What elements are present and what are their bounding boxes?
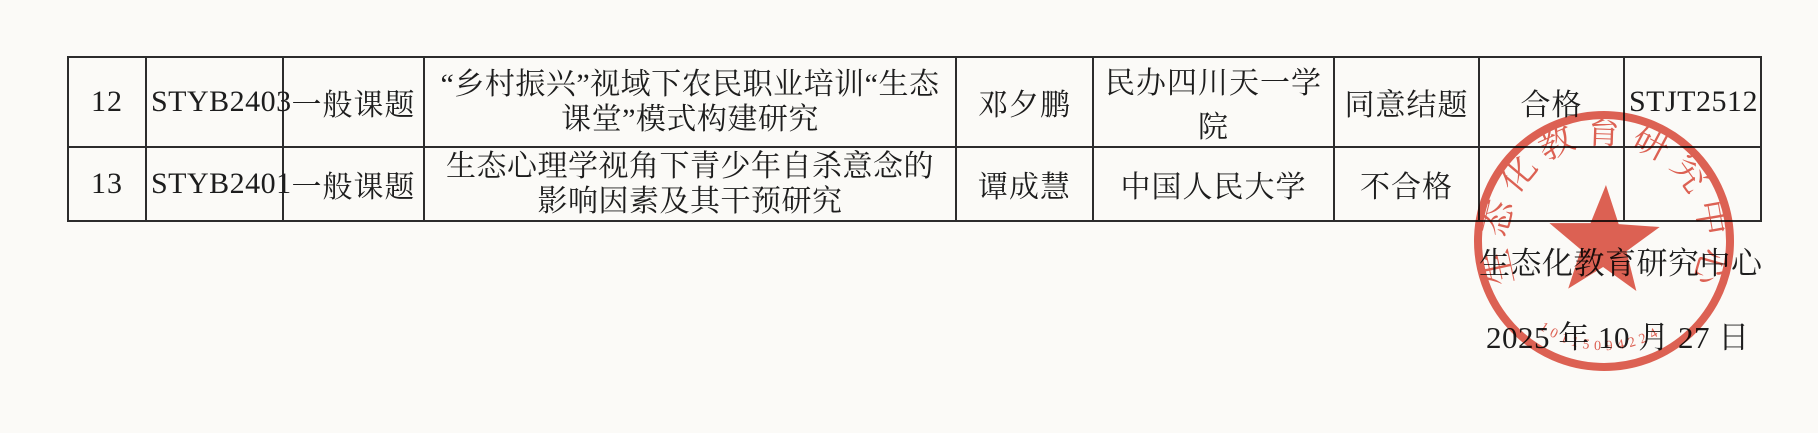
cell-leader-name: 谭成慧 [956, 147, 1093, 221]
cell-institution: 民办四川天一学院 [1093, 57, 1334, 147]
signature-date: 2025 年 10 月 27 日 [1486, 312, 1750, 357]
cell-institution: 中国人民大学 [1093, 147, 1334, 221]
project-results-table: 12 STYB2403 一般课题 “乡村振兴”视域下农民职业培训“生态课堂”模式… [67, 56, 1762, 222]
cell-row-number: 12 [68, 57, 146, 147]
cell-conclusion-result: 不合格 [1334, 147, 1479, 221]
cell-project-category: 一般课题 [283, 57, 424, 147]
cell-project-code: STYB2403 [146, 57, 283, 147]
cell-project-category: 一般课题 [283, 147, 424, 221]
cell-project-title: 生态心理学视角下青少年自杀意念的影响因素及其干预研究 [424, 147, 956, 221]
cell-leader-name: 邓夕鹏 [956, 57, 1093, 147]
cell-certificate-number [1624, 147, 1761, 221]
cell-certificate-number: STJT2512 [1624, 57, 1761, 147]
cell-row-number: 13 [68, 147, 146, 221]
cell-project-title: “乡村振兴”视域下农民职业培训“生态课堂”模式构建研究 [424, 57, 956, 147]
cell-grade [1479, 147, 1624, 221]
cell-project-code: STYB2401 [146, 147, 283, 221]
scanned-document-page: { "table": { "rows": [ { "no": "12", "co… [0, 0, 1818, 433]
cell-grade: 合格 [1479, 57, 1624, 147]
table-row: 12 STYB2403 一般课题 “乡村振兴”视域下农民职业培训“生态课堂”模式… [68, 57, 1761, 147]
cell-conclusion-result: 同意结题 [1334, 57, 1479, 147]
signature-organization: 生态化教育研究中心 [1479, 238, 1763, 283]
table-row: 13 STYB2401 一般课题 生态心理学视角下青少年自杀意念的影响因素及其干… [68, 147, 1761, 221]
